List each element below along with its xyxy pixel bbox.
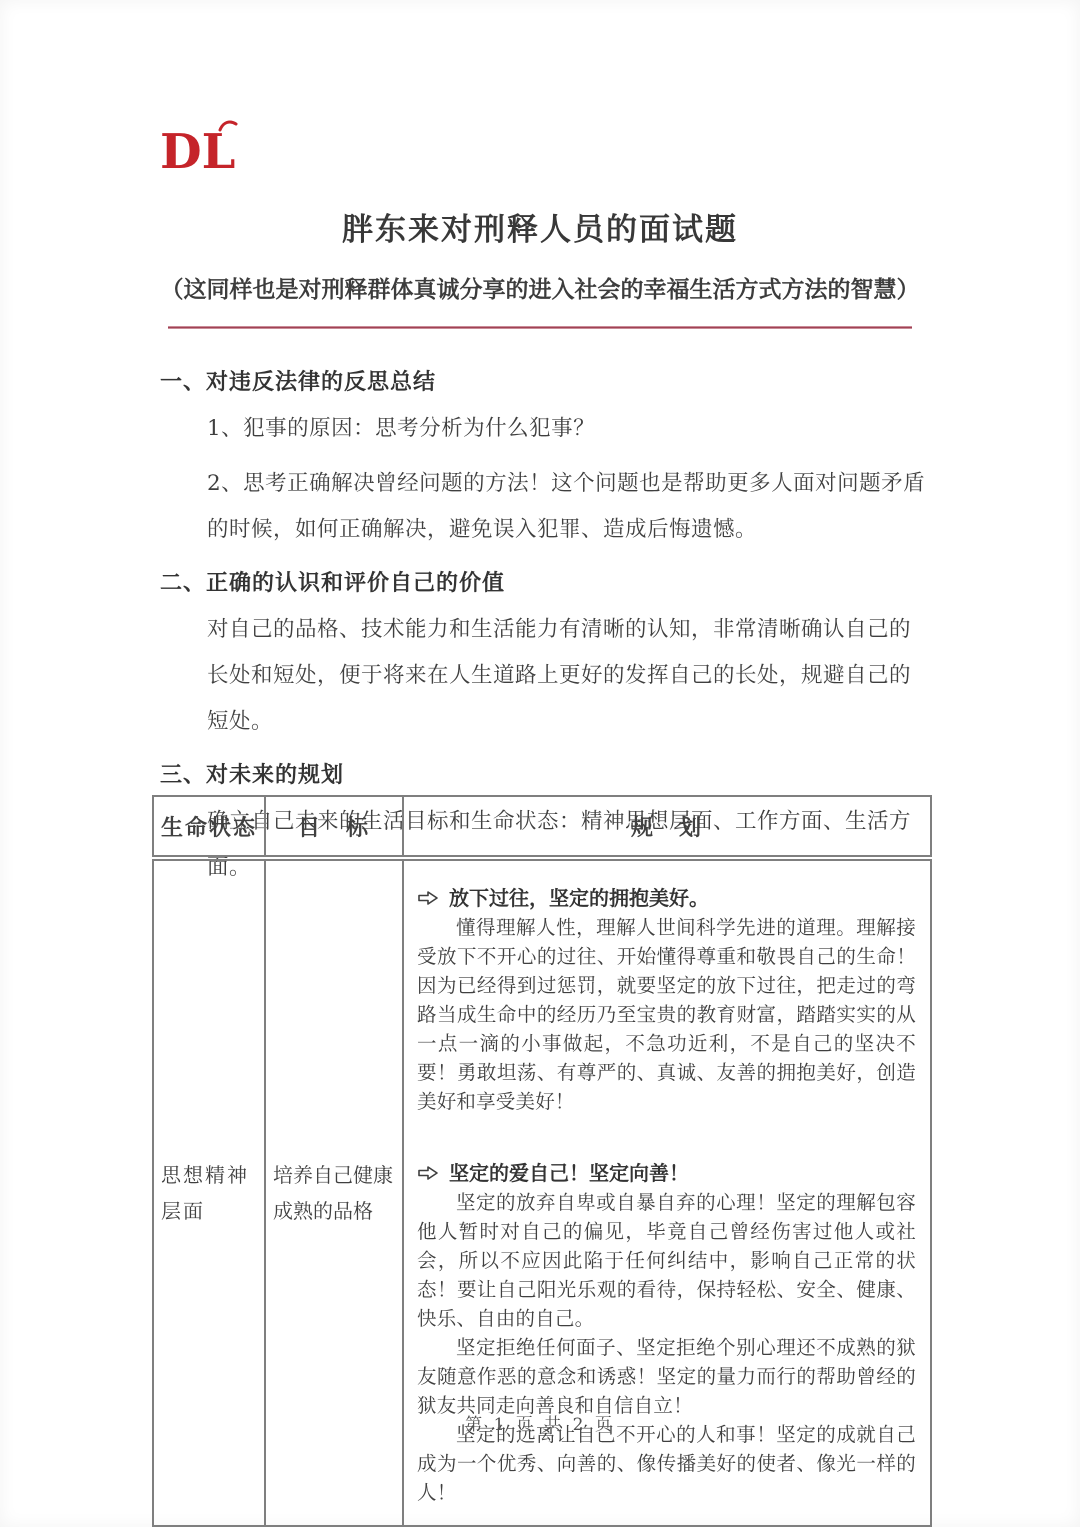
table-header-row: 生命状态 目 标 规 划 (153, 796, 931, 858)
arrow-icon (417, 1165, 439, 1181)
section-heading-1: 一、对违反法律的反思总结 (160, 367, 932, 397)
plan-block-2-paragraph-2: 坚定拒绝任何面子、坚定拒绝个别心理还不成熟的狱友随意作恶的意念和诱惑！坚定的量力… (417, 1333, 916, 1420)
logo-text: DL (160, 128, 235, 176)
page-title: 胖东来对刑释人员的面试题 (0, 204, 1080, 249)
section-2-paragraph: 对自己的品格、技术能力和生活能力有清晰的认知，非常清晰确认自己的长处和短处，便于… (207, 607, 932, 745)
plan-block-1-heading-text: 放下过往，坚定的拥抱美好。 (449, 883, 709, 913)
plan-block-2-heading-text: 坚定的爱自己！坚定向善！ (449, 1158, 689, 1188)
column-header-plan: 规 划 (403, 796, 931, 858)
column-header-goal: 目 标 (265, 796, 403, 858)
arrow-icon (417, 890, 439, 906)
pangdonglai-logo: DL (160, 128, 235, 176)
plan-block-2-heading: 坚定的爱自己！坚定向善！ (417, 1158, 916, 1188)
plan-block-2-paragraph-1: 坚定的放弃自卑或自暴自弃的心理！坚定的理解包容他人暂时对自己的偏见，毕竟自己曾经… (417, 1188, 916, 1333)
plan-block-1-heading: 放下过往，坚定的拥抱美好。 (417, 883, 916, 913)
page-number: 第 1 页 共 2 页 (0, 1410, 1080, 1435)
section-1-item-2: 2、思考正确解决曾经问题的方法！这个问题也是帮助更多人面对问题矛盾的时候，如何正… (207, 461, 932, 553)
title-divider (168, 326, 912, 329)
logo-accent-icon (218, 119, 238, 133)
column-header-life-state: 生命状态 (153, 796, 265, 858)
section-heading-3: 三、对未来的规划 (160, 760, 932, 790)
plan-block-2: 坚定的爱自己！坚定向善！ 坚定的放弃自卑或自暴自弃的心理！坚定的理解包容他人暂时… (417, 1158, 916, 1507)
document-page: DL 胖东来对刑释人员的面试题 （这同样也是对刑释群体真诚分享的进入社会的幸福生… (0, 0, 1080, 1527)
plan-block-1: 放下过往，坚定的拥抱美好。 懂得理解人性，理解人世间科学先进的道理。理解接受放下… (417, 883, 916, 1116)
plan-block-1-paragraph-1: 懂得理解人性，理解人世间科学先进的道理。理解接受放下不开心的过往、开始懂得尊重和… (417, 913, 916, 1116)
page-subtitle: （这同样也是对刑释群体真诚分享的进入社会的幸福生活方式方法的智慧） (0, 271, 1080, 304)
section-heading-2: 二、正确的认识和评价自己的价值 (160, 568, 932, 598)
section-1-item-1: 1、犯事的原因：思考分析为什么犯事？ (207, 406, 932, 452)
